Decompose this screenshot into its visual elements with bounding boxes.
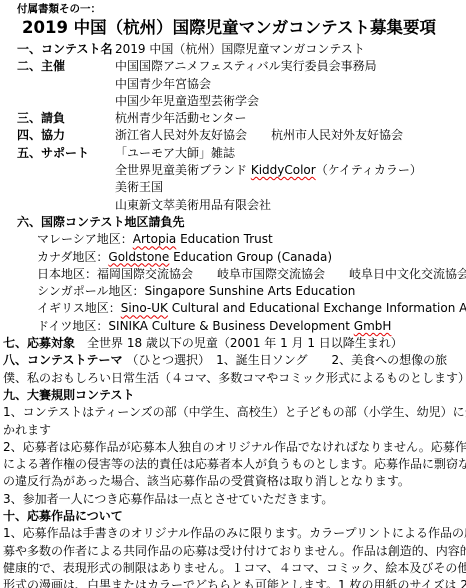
region-label: マレーシア地区： [37, 232, 133, 246]
region-label: ドイツ地区： [37, 319, 108, 333]
label-spacer [17, 162, 115, 179]
section-value: 浙江省人民対外友好協会 杭州市人民対外友好協会 [115, 127, 403, 144]
section-theme-cont: 僕、私のおもしろい日常生活（４コマ、多数コマやコミック形式によるものとします） [3, 370, 466, 387]
section-support-row: 美術王国 [17, 179, 466, 196]
body-line: の違反行為があった場合、該当応募作品の受賞資格は取り消しとなります。 [3, 473, 466, 490]
section-organizer-row: 中国青少年宮協会 [17, 76, 466, 93]
section-rules-heading: 九、大賽規則コンテスト [3, 387, 466, 404]
section-label: 六、国際コンテスト地区請負先 [17, 214, 185, 231]
region-rest: Education Group (Canada) [169, 250, 332, 264]
body-line: 2、応募者は応募作品が応募本人独自のオリジナル作品でなければなりません。応募作品 [3, 439, 466, 456]
body-line: 形式の漫画は、白黒またはカラーでどちらとも可能とします。1 枚の用紙のサイズは … [3, 577, 466, 588]
section-value: 山東新文萃美術用品有限会社 [115, 197, 271, 214]
section-value: 中国少年児童造型芸術学会 [115, 93, 259, 110]
section-artwork-heading: 十、応募作品について [3, 508, 466, 525]
region-label: イギリス地区： [37, 301, 121, 315]
region-word-misspelled: Sino-UK [121, 301, 168, 315]
label-spacer [17, 93, 115, 110]
section-label: 九、大賽規則コンテスト [3, 388, 135, 402]
region-rest: Education Trust [176, 232, 272, 246]
section-text: （ひとつ選択） 1、誕生日ソング 2、美食への想像の旅 3、 [123, 353, 466, 367]
section-text: 全世界 18 歳以下の児童（2001 年 1 月 1 日以降生まれ） [75, 336, 403, 350]
section-label: 八、コンテストテーマ [3, 353, 123, 367]
label-spacer [17, 179, 115, 196]
region-word-misspelled: Goldstone [108, 250, 169, 264]
section-label: 三、請負 [17, 110, 115, 127]
brand-word-misspelled: KiddyColor [251, 163, 316, 177]
section-label: 一、コンテスト名 [17, 41, 115, 58]
section-value: 中国国際アニメフェスティバル実行委員会事務局 [115, 58, 377, 75]
section-organizer-row: 中国少年児童造型芸術学会 [17, 93, 466, 110]
section-organizer: 二、主催 中国国際アニメフェスティバル実行委員会事務局 [17, 58, 466, 75]
section-value: 「ユーモア大師」雑誌 [115, 145, 235, 162]
section-label: 十、応募作品について [3, 509, 123, 523]
section-support-row: 山東新文萃美術用品有限会社 [17, 197, 466, 214]
body-line: 1、コンテストはティーンズの部（中学生、高校生）と子どもの部（小学生、幼児）に分 [3, 404, 466, 421]
section-intl-heading: 六、国際コンテスト地区請負先 [17, 214, 466, 231]
section-label: 二、主催 [17, 58, 115, 75]
region-rest: Cultural and Educational Exchange Inform… [168, 301, 466, 315]
region-word-misspelled: Artopia [133, 232, 177, 246]
body-line: 1、応募作品は手書きのオリジナル作品のみに限ります。カラープリントによる作品の応 [3, 525, 466, 542]
section-support-row: 全世界児童美術ブランド KiddyColor（ケイティカラー） [17, 162, 466, 179]
region-rest: Singapore Sunshine Arts Education [144, 284, 355, 298]
section-value: 2019 中国（杭州）国際児童マンガコンテスト [115, 41, 365, 58]
section-support: 五、サポート 「ユーモア大師」雑誌 [17, 145, 466, 162]
body-line: 健康的で、表現形式の制限はありません。１コマ、４コマ、コミック、絵本及びその他の [3, 560, 466, 577]
section-label: 四、協力 [17, 127, 115, 144]
region-item: カナダ地区：Goldstone Education Group (Canada) [37, 249, 466, 266]
brand-suffix: （ケイティカラー） [316, 163, 422, 177]
region-item: イギリス地区：Sino-UK Cultural and Educational … [37, 300, 466, 317]
region-rest: 福岡国際交流協会 岐阜市国際交流協会 岐阜日中文化交流協会 [97, 267, 466, 281]
region-item: シンガポール地区：Singapore Sunshine Arts Educati… [37, 283, 466, 300]
body-line: による著作権の侵害等の法的責任は応募者本人が負うものとします。応募作品に剽窃など [3, 456, 466, 473]
section-label: 五、サポート [17, 145, 115, 162]
label-spacer [17, 76, 115, 93]
region-pre: SINIKA Culture & Business Development [108, 319, 353, 333]
region-item: ドイツ地区：SINIKA Culture & Business Developm… [37, 318, 466, 335]
section-theme: 八、コンテストテーマ （ひとつ選択） 1、誕生日ソング 2、美食への想像の旅 3… [3, 352, 466, 369]
body-line: 3、参加者一人につき応募作品は一点とさせていただきます。 [3, 491, 466, 508]
section-contest-name: 一、コンテスト名 2019 中国（杭州）国際児童マンガコンテスト [17, 41, 466, 58]
attachment-note: 付属書類その一： [17, 3, 466, 16]
section-value: 美術王国 [115, 179, 163, 196]
section-label: 七、応募対象 [3, 336, 75, 350]
region-item: 日本地区：福岡国際交流協会 岐阜市国際交流協会 岐阜日中文化交流協会 [37, 266, 466, 283]
region-label: 日本地区： [37, 267, 97, 281]
document-page: 付属書類その一： 2019 中国（杭州）国際児童マンガコンテスト募集要項 一、コ… [0, 0, 466, 588]
region-word-misspelled: GmbH [354, 319, 392, 333]
region-item: マレーシア地区：Artopia Education Trust [37, 231, 466, 248]
region-label: シンガポール地区： [37, 284, 144, 298]
body-line: 募や多数の作者による共同作品の応募は受け付けておりません。作品は創造的、内容的に [3, 543, 466, 560]
label-spacer [17, 197, 115, 214]
section-value: 杭州青少年活動センター [115, 110, 247, 127]
section-undertaker: 三、請負 杭州青少年活動センター [17, 110, 466, 127]
section-eligibility: 七、応募対象 全世界 18 歳以下の児童（2001 年 1 月 1 日以降生まれ… [3, 335, 466, 352]
body-line: かれます [3, 422, 466, 439]
region-label: カナダ地区： [37, 250, 108, 264]
section-cooperation: 四、協力 浙江省人民対外友好協会 杭州市人民対外友好協会 [17, 127, 466, 144]
section-value: 全世界児童美術ブランド KiddyColor（ケイティカラー） [115, 162, 422, 179]
section-value: 中国青少年宮協会 [115, 76, 211, 93]
brand-prefix: 全世界児童美術ブランド [115, 163, 251, 177]
document-title: 2019 中国（杭州）国際児童マンガコンテスト募集要項 [22, 17, 466, 39]
